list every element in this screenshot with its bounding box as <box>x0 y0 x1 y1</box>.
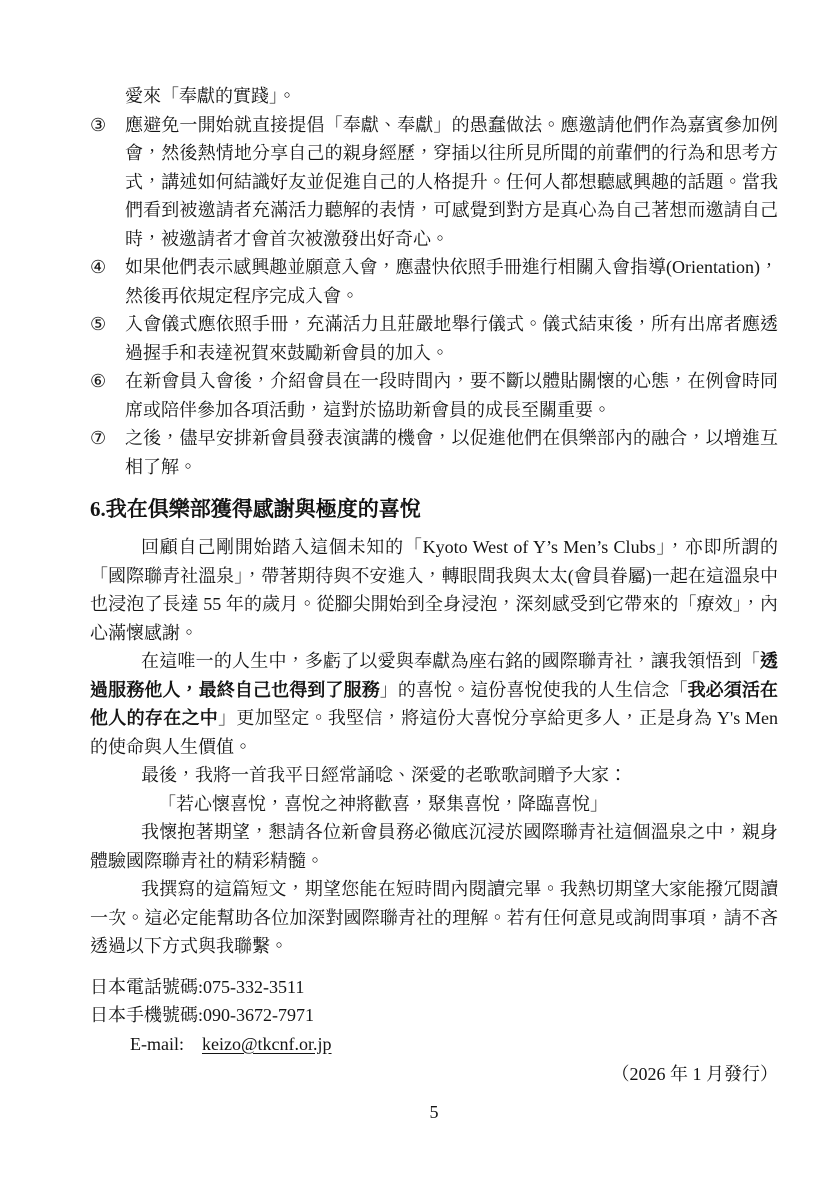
section-heading: 6.我在俱樂部獲得感謝與極度的喜悅 <box>90 494 778 524</box>
mobile-number: 090-3672-7971 <box>203 1005 314 1025</box>
list-item-text: 入會儀式應依照手冊，充滿活力且莊嚴地舉行儀式。儀式結束後，所有出席者應透過握手和… <box>125 314 778 363</box>
email-line: E-mail:keizo@tkcnf.or.jp <box>90 1030 778 1059</box>
paragraph-life-creed: 在這唯一的人生中，多虧了以愛與奉獻為座右銘的國際聯青社，讓我領悟到「透過服務他人… <box>90 647 778 761</box>
contact-block: 日本電話號碼:075-332-3511 日本手機號碼:090-3672-7971… <box>90 973 778 1059</box>
paragraph-hope: 我懷抱著期望，懇請各位新會員務必徹底沉浸於國際聯青社這個溫泉之中，親身體驗國際聯… <box>90 818 778 875</box>
paragraph-closing: 我撰寫的這篇短文，期望您能在短時間內閱讀完畢。我熱切期望大家能撥冗閱讀一次。這必… <box>90 875 778 961</box>
email-label: E-mail: <box>130 1034 184 1054</box>
list-item-text: 在新會員入會後，介紹會員在一段時間內，要不斷以體貼關懷的心態，在例會時同席或陪伴… <box>125 371 778 420</box>
mobile-line: 日本手機號碼:090-3672-7971 <box>90 1001 778 1030</box>
list-item-7: ⑦ 之後，儘早安排新會員發表演講的機會，以促進他們在俱樂部內的融合，以增進互相了… <box>90 424 778 481</box>
circled-number-4-marker: ④ <box>90 253 125 282</box>
publish-date: （2026 年 1 月發行） <box>90 1060 778 1089</box>
song-quote: 「若心懷喜悅，喜悅之神將歡喜，聚集喜悅，降臨喜悅」 <box>90 790 778 819</box>
list-item-text: 之後，儘早安排新會員發表演講的機會，以促進他們在俱樂部內的融合，以增進互相了解。 <box>125 428 778 477</box>
page-number: 5 <box>90 1098 778 1127</box>
circled-number-7-marker: ⑦ <box>90 424 125 453</box>
list-item-text: 應避免一開始就直接提倡「奉獻、奉獻」的愚蠢做法。應邀請他們作為嘉賓參加例會，然後… <box>125 115 778 249</box>
paragraph-reflection: 回顧自己剛開始踏入這個未知的「Kyoto West of Y’s Men’s C… <box>90 533 778 647</box>
mobile-label: 日本手機號碼: <box>90 1005 203 1025</box>
circled-number-5-marker: ⑤ <box>90 310 125 339</box>
circled-number-3-marker: ③ <box>90 111 125 140</box>
paragraph-song-intro: 最後，我將一首我平日經常誦唸、深愛的老歌歌詞贈予大家： <box>90 761 778 790</box>
circled-number-6-marker: ⑥ <box>90 367 125 396</box>
email-link[interactable]: keizo@tkcnf.or.jp <box>202 1034 332 1054</box>
list-item-text: 如果他們表示感興趣並願意入會，應盡快依照手冊進行相關入會指導(Orientati… <box>125 257 778 306</box>
document-page: 愛來「奉獻的實踐」。 ③ 應避免一開始就直接提倡「奉獻、奉獻」的愚蠢做法。應邀請… <box>0 0 835 1177</box>
list-item-4: ④ 如果他們表示感興趣並願意入會，應盡快依照手冊進行相關入會指導(Orienta… <box>90 253 778 310</box>
list-item-6: ⑥ 在新會員入會後，介紹會員在一段時間內，要不斷以體貼關懷的心態，在例會時同席或… <box>90 367 778 424</box>
list-item-text: 愛來「奉獻的實踐」。 <box>125 86 296 106</box>
phone-line: 日本電話號碼:075-332-3511 <box>90 973 778 1002</box>
phone-label: 日本電話號碼: <box>90 977 203 997</box>
list-item-3: ③ 應避免一開始就直接提倡「奉獻、奉獻」的愚蠢做法。應邀請他們作為嘉賓參加例會，… <box>90 111 778 254</box>
list-item-continuation: 愛來「奉獻的實踐」。 <box>90 82 778 111</box>
phone-number: 075-332-3511 <box>203 977 304 997</box>
list-item-5: ⑤ 入會儀式應依照手冊，充滿活力且莊嚴地舉行儀式。儀式結束後，所有出席者應透過握… <box>90 310 778 367</box>
